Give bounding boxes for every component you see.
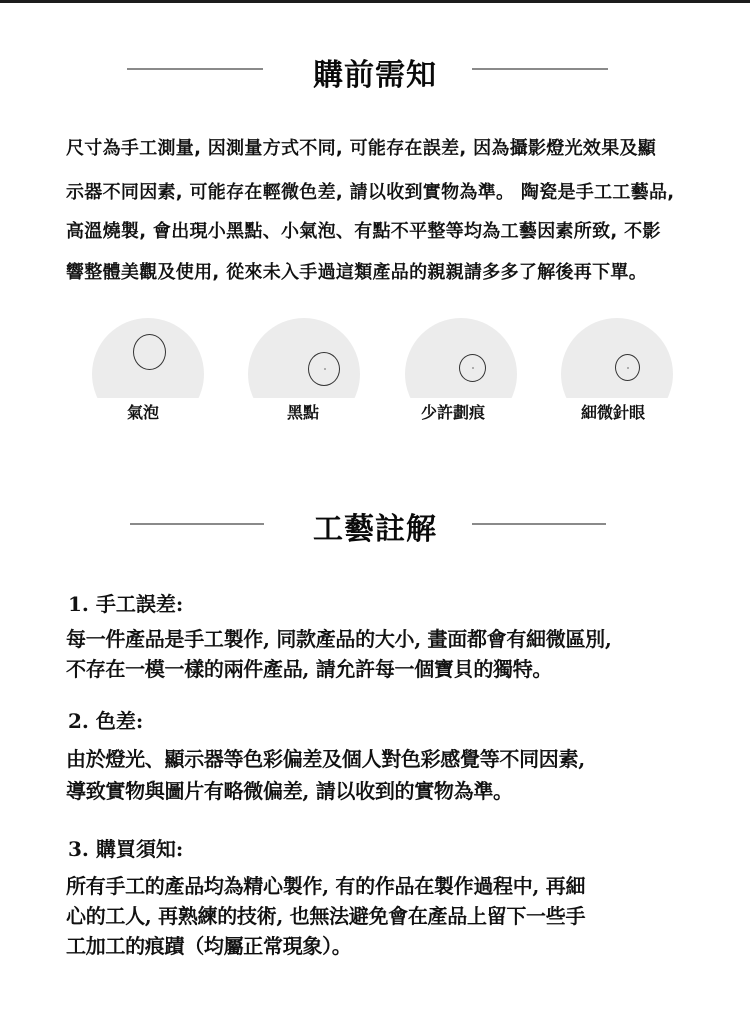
- defect-image-bubble: [92, 318, 204, 398]
- note-line: 每一件產品是手工製作, 同款產品的大小, 畫面都會有細微區別,: [66, 623, 612, 652]
- right-divider: [472, 68, 608, 70]
- note-line: 心的工人, 再熟練的技術, 也無法避免會在產品上留下一些手: [66, 900, 585, 929]
- defect-image-pinhole: [561, 318, 673, 398]
- section-title: 購前需知: [0, 50, 750, 94]
- defect-label: 黑點: [233, 400, 373, 423]
- note-heading: 1. 手工誤差:: [68, 588, 183, 617]
- right-divider: [472, 523, 606, 525]
- paragraph-line: 高溫燒製, 會出現小黑點、小氣泡、有點不平整等均為工藝因素所致, 不影: [66, 217, 661, 243]
- note-heading: 2. 色差:: [68, 705, 143, 734]
- defect-image-black-spot: [248, 318, 360, 398]
- ceramic-disc: [405, 318, 517, 398]
- defect-label: 氣泡: [73, 400, 213, 423]
- paragraph-line: 示器不同因素, 可能存在輕微色差, 請以收到實物為準。 陶瓷是手工工藝品,: [66, 178, 674, 204]
- defect-label: 少許劃痕: [383, 400, 523, 423]
- note-line: 由於燈光、顯示器等色彩偏差及個人對色彩感覺等不同因素,: [66, 743, 585, 772]
- note-line: 不存在一模一樣的兩件產品, 請允許每一個寶貝的獨特。: [66, 653, 552, 682]
- paragraph-line: 尺寸為手工測量, 因測量方式不同, 可能存在誤差, 因為攝影燈光效果及顯: [66, 134, 656, 160]
- section-title: 工藝註解: [0, 504, 750, 548]
- note-line: 導致實物與圖片有略微偏差, 請以收到的實物為準。: [66, 775, 513, 804]
- defect-label: 細微針眼: [543, 400, 683, 423]
- pinhole-icon: [627, 367, 629, 369]
- note-line: 所有手工的產品均為精心製作, 有的作品在製作過程中, 再細: [66, 870, 585, 899]
- top-border: [0, 0, 750, 3]
- note-heading: 3. 購買須知:: [68, 833, 183, 862]
- note-line: 工加工的痕蹟（均屬正常現象）。: [66, 930, 352, 959]
- defect-image-scratch: [405, 318, 517, 398]
- highlight-circle-icon: [133, 334, 166, 370]
- craft-notes-header: 工藝註解: [0, 500, 750, 550]
- purchase-notice-header: 購前需知: [0, 46, 750, 96]
- scratch-icon: [472, 367, 474, 369]
- paragraph-line: 響整體美觀及使用, 從來未入手過這類產品的親親請多多了解後再下單。: [66, 258, 647, 284]
- ceramic-disc: [248, 318, 360, 398]
- black-spot-icon: [324, 368, 326, 370]
